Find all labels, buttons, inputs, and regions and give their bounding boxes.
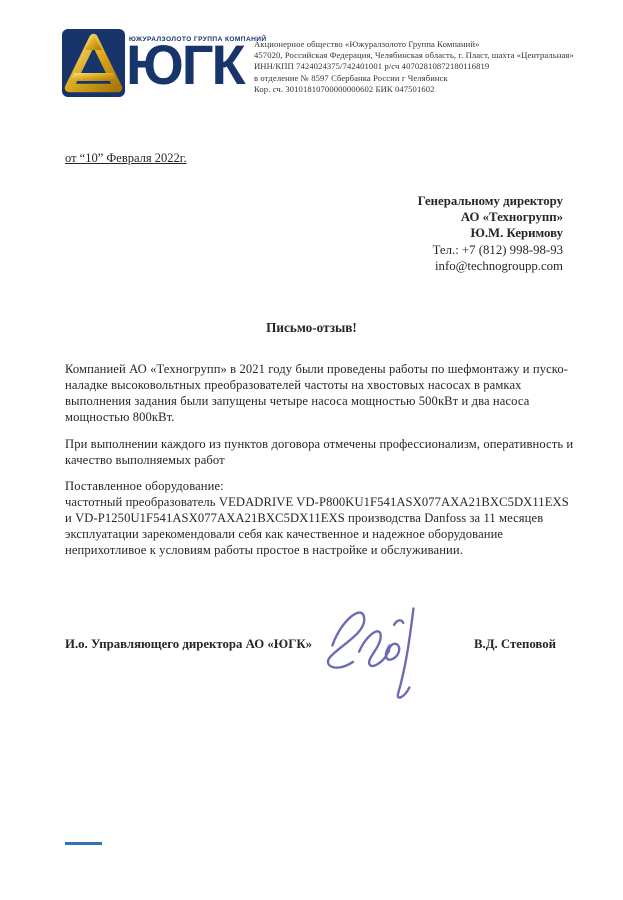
addressee-line: Генеральному директору bbox=[418, 193, 563, 209]
addressee-line: Ю.М. Керимову bbox=[418, 225, 563, 241]
paragraph: Компанией АО «Техногрупп» в 2021 году бы… bbox=[65, 362, 570, 426]
handwritten-signature-icon bbox=[316, 594, 434, 702]
body-line: наладке высоковольтных преобразователей … bbox=[65, 378, 570, 394]
body-line: мощностью 800кВт. bbox=[65, 410, 570, 426]
company-line: ИНН/КПП 7424024375/742401001 р/сч 407028… bbox=[254, 61, 574, 72]
addressee-block: Генеральному директору АО «Техногрупп» Ю… bbox=[418, 193, 563, 274]
logo-acronym: ЮГК bbox=[126, 37, 244, 93]
body-line: Поставленное оборудование: bbox=[65, 479, 570, 495]
paragraph: Поставленное оборудование: частотный пре… bbox=[65, 479, 570, 559]
body-line: выполнения задания были запущены четыре … bbox=[65, 394, 570, 410]
addressee-email: info@technogroupp.com bbox=[418, 258, 563, 274]
body-line: Компанией АО «Техногрупп» в 2021 году бы… bbox=[65, 362, 570, 378]
addressee-line: АО «Техногрупп» bbox=[418, 209, 563, 225]
body-line: При выполнении каждого из пунктов догово… bbox=[65, 437, 570, 453]
company-line: Акционерное общество «Южуралзолото Групп… bbox=[254, 39, 574, 50]
letter-body: Компанией АО «Техногрупп» в 2021 году бы… bbox=[65, 362, 570, 570]
body-line: неприхотливое к условиям работы простое … bbox=[65, 543, 570, 559]
addressee-phone: Тел.: +7 (812) 998-98-93 bbox=[418, 242, 563, 258]
signoff-position: И.о. Управляющего директора АО «ЮГК» bbox=[65, 637, 312, 652]
body-line: и VD-P1250U1F541ASX077AXA21BXC5DX11EXS п… bbox=[65, 511, 570, 527]
company-requisites: Акционерное общество «Южуралзолото Групп… bbox=[254, 39, 574, 95]
ugk-logo-icon bbox=[62, 29, 125, 97]
body-line: эксплуатации зарекомендовали себя как ка… bbox=[65, 527, 570, 543]
footer-accent-line bbox=[65, 842, 102, 845]
body-line: частотный преобразователь VEDADRIVE VD-P… bbox=[65, 495, 570, 511]
scanned-letter-page: ЮЖУРАЛЗОЛОТО ГРУППА КОМПАНИЙ ЮГК Акционе… bbox=[0, 0, 623, 900]
signoff-name: В.Д. Степовой bbox=[474, 637, 556, 652]
company-line: 457020, Российская Федерация, Челябинска… bbox=[254, 50, 574, 61]
letter-date: от “10” Февраля 2022г. bbox=[65, 151, 187, 166]
company-line: Кор. сч. 30101810700000000602 БИК 047501… bbox=[254, 84, 574, 95]
letter-title: Письмо-отзыв! bbox=[0, 320, 623, 336]
paragraph: При выполнении каждого из пунктов догово… bbox=[65, 437, 570, 469]
body-line: качество выполняемых работ bbox=[65, 453, 570, 469]
company-line: в отделение № 8597 Сбербанка России г Че… bbox=[254, 73, 574, 84]
